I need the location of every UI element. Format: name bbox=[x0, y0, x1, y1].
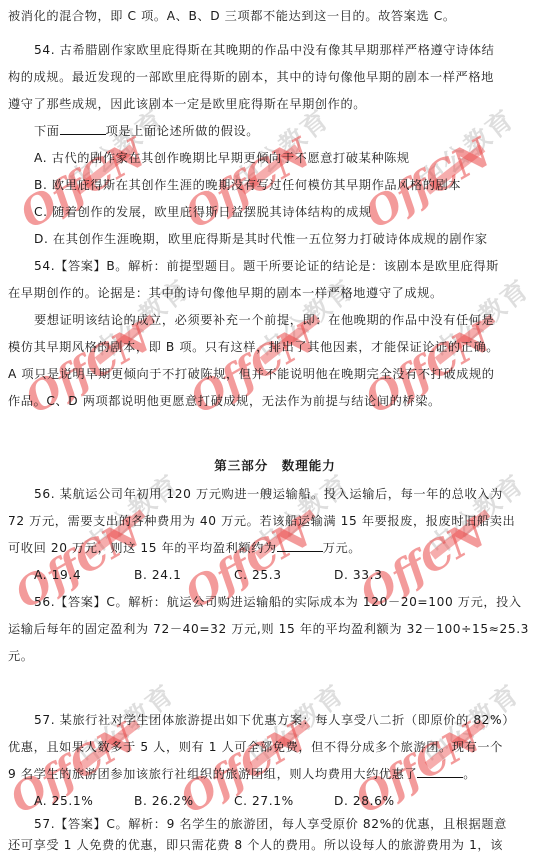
text-prefix: 9 名学生的旅游团参加该旅行社组织的旅游团组，则人均费用大约优惠了 bbox=[8, 767, 417, 781]
option-b: B. 24.1 bbox=[134, 567, 234, 583]
option-a: A. 25.1% bbox=[34, 793, 134, 809]
answer-54: A 项只是说明早期更倾向于不打破陈规，但并不能说明他在晚期完全没有不打破成规的 bbox=[8, 366, 544, 382]
question-57-text: 优惠，且如果人数多于 5 人，则有 1 人可全部免费，但不得分成多个旅游团。现有… bbox=[8, 739, 544, 755]
text-line: 被消化的混合物，即 C 项。A、B、D 三项都不能达到这一目的。故答案选 C。 bbox=[8, 8, 544, 24]
question-57-text: 9 名学生的旅游团参加该旅行社组织的旅游团组，则人均费用大约优惠了。 bbox=[8, 766, 544, 782]
question-56-options: A. 19.4B. 24.1C. 25.3D. 33.3 bbox=[34, 567, 544, 583]
answer-54: 要想证明该结论的成立，必须要补充一个前提，即：在他晚期的作品中没有任何是 bbox=[34, 312, 544, 328]
text-suffix: 。 bbox=[463, 767, 476, 781]
answer-56: 元。 bbox=[8, 648, 544, 664]
text-suffix: 万元。 bbox=[323, 541, 361, 555]
option-c: C. 随着创作的发展，欧里庇得斯日益摆脱其诗体结构的成规 bbox=[34, 204, 544, 220]
answer-54: 54.【答案】B。解析：前提型题目。题干所要论证的结论是：该剧本是欧里庇得斯 bbox=[34, 258, 544, 274]
option-a: A. 古代的剧作家在其创作晚期比早期更倾向于不愿意打破某种陈规 bbox=[34, 150, 544, 166]
question-54-text: 遵守了那些成规，因此该剧本一定是欧里庇得斯在早期创作的。 bbox=[8, 96, 544, 112]
question-54-text: 54. 古希腊剧作家欧里庇得斯在其晚期的作品中没有像其早期那样严格遵守诗体结 bbox=[34, 42, 544, 58]
question-56-text: 可收回 20 万元，则这 15 年的平均盈利额约为万元。 bbox=[8, 540, 544, 556]
question-56-text: 72 万元，需要支出的各种费用为 40 万元。若该船运输满 15 年要报废，报废… bbox=[8, 513, 544, 529]
option-c: C. 27.1% bbox=[234, 793, 334, 809]
answer-54: 作品。C、D 两项都说明他更愿意打破成规，无法作为前提与结论间的桥梁。 bbox=[8, 393, 544, 409]
option-c: C. 25.3 bbox=[234, 567, 334, 583]
prompt-suffix: 项是上面论述所做的假设。 bbox=[106, 124, 259, 138]
document-page: 中公教育 OffCN 中公教育 OffCN 中公教育 OffCN 中公教育 Of… bbox=[0, 0, 550, 855]
option-d: D. 28.6% bbox=[334, 793, 395, 809]
answer-56: 56.【答案】C。解析：航运公司购进运输船的实际成本为 120－20=100 万… bbox=[34, 594, 544, 610]
answer-blank bbox=[277, 540, 323, 552]
answer-54: 在早期创作的。论据是：其中的诗句像他早期的剧本一样严格地遵守了成规。 bbox=[8, 285, 544, 301]
answer-blank bbox=[60, 123, 106, 135]
question-54-prompt: 下面项是上面论述所做的假设。 bbox=[34, 123, 544, 139]
option-a: A. 19.4 bbox=[34, 567, 134, 583]
text-prefix: 可收回 20 万元，则这 15 年的平均盈利额约为 bbox=[8, 541, 277, 555]
question-54-text: 构的成规。最近发现的一部欧里庇得斯的剧本，其中的诗句像他早期的剧本一样严格地 bbox=[8, 69, 544, 85]
prompt-prefix: 下面 bbox=[34, 124, 60, 138]
answer-57: 还可享受 1 人免费的优惠，即只需花费 8 个人的费用。所以设每人的旅游费用为 … bbox=[8, 837, 544, 853]
option-b: B. 欧里庇得斯在其创作生涯的晚期没有写过任何模仿其早期作品风格的剧本 bbox=[34, 177, 544, 193]
option-b: B. 26.2% bbox=[134, 793, 234, 809]
question-56-text: 56. 某航运公司年初用 120 万元购进一艘运输船。投入运输后，每一年的总收入… bbox=[34, 486, 544, 502]
answer-56: 运输后每年的固定盈利为 72－40=32 万元,则 15 年的平均盈利额为 32… bbox=[8, 621, 544, 637]
answer-blank bbox=[417, 766, 463, 778]
question-57-text: 57. 某旅行社对学生团体旅游提出如下优惠方案：每人享受八二折（即原价的 82%… bbox=[34, 712, 544, 728]
option-d: D. 33.3 bbox=[334, 567, 382, 583]
answer-57: 57.【答案】C。解析：9 名学生的旅游团，每人享受原价 82%的优惠，且根据题… bbox=[34, 816, 544, 832]
answer-54: 模仿其早期风格的剧本，即 B 项。只有这样，排出了其他因素，才能保证论证的正确。 bbox=[8, 339, 544, 355]
section-heading: 第三部分 数理能力 bbox=[0, 456, 550, 474]
option-d: D. 在其创作生涯晚期，欧里庇得斯是其时代惟一五位努力打破诗体成规的剧作家 bbox=[34, 231, 544, 247]
question-57-options: A. 25.1%B. 26.2%C. 27.1%D. 28.6% bbox=[34, 793, 544, 809]
